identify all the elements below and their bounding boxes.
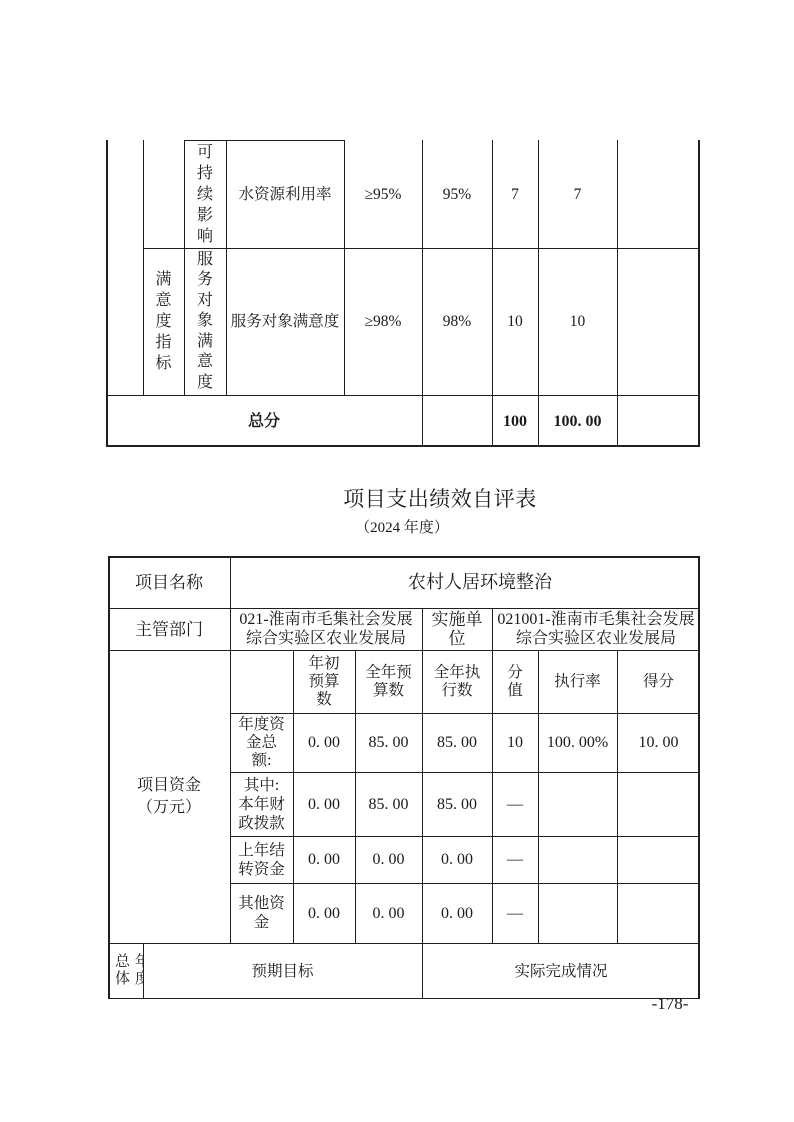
- header-points: 分 值: [492, 650, 538, 713]
- actual-value-cell: 98%: [422, 248, 492, 395]
- fund-initial: 0. 00: [293, 772, 355, 836]
- target-value-cell: ≥98%: [344, 248, 422, 395]
- fund-points: —: [492, 772, 538, 836]
- fund-initial: 0. 00: [293, 713, 355, 772]
- level2-indicator-label: 可持续影响: [197, 142, 214, 247]
- header-score: 得分: [617, 650, 700, 713]
- fund-row-label: 其他资 金: [230, 883, 293, 943]
- fund-executed: 0. 00: [422, 883, 492, 943]
- actual-value-cell: 95%: [422, 140, 492, 248]
- indicator-name-cell: 服务对象满意度: [226, 248, 344, 395]
- fund-budget: 85. 00: [355, 772, 422, 836]
- level2-indicator-label: 服务对象满意度: [197, 250, 214, 394]
- points-cell: 10: [492, 248, 538, 395]
- points-cell: 7: [492, 140, 538, 248]
- fund-points: —: [492, 836, 538, 883]
- unit-label: 实施单 位: [422, 608, 492, 650]
- fund-budget: 85. 00: [355, 713, 422, 772]
- fund-executed: 85. 00: [422, 772, 492, 836]
- fund-executed: 85. 00: [422, 713, 492, 772]
- fund-executed: 0. 00: [422, 836, 492, 883]
- header-initial-budget: 年初 预算 数: [293, 650, 355, 713]
- fund-score: 10. 00: [617, 713, 700, 772]
- expected-objective-header: 预期目标: [143, 943, 422, 999]
- fund-row-label: 年度资 金总 额:: [230, 713, 293, 772]
- grid-line: [617, 140, 618, 447]
- total-points-cell: 100: [492, 395, 538, 447]
- page-number: -178-: [638, 993, 702, 1015]
- overall-objective-label: 总体 年度: [108, 943, 143, 999]
- funds-label: 项目资金 （万元）: [108, 650, 230, 943]
- total-score-cell: 100. 00: [538, 395, 617, 447]
- fund-row-label: 上年结 转资金: [230, 836, 293, 883]
- project-name-value: 农村人居环境整治: [230, 556, 700, 608]
- fund-points: 10: [492, 713, 538, 772]
- dept-label: 主管部门: [108, 608, 230, 650]
- fund-budget: 0. 00: [355, 883, 422, 943]
- level2-indicator-cell: 可持续影响: [184, 140, 226, 248]
- fund-initial: 0. 00: [293, 883, 355, 943]
- header-annual-budget: 全年预 算数: [355, 650, 422, 713]
- header-executed: 全年执 行数: [422, 650, 492, 713]
- total-label-cell: 总分: [106, 395, 422, 447]
- dept-value: 021-淮南市毛集社会发展 综合实验区农业发展局: [230, 608, 422, 650]
- score-table: 可持续影响 水资源利用率 ≥95% 95% 7 7 满意度指标 服务对象满意度 …: [106, 140, 700, 447]
- overall-label-col2: 年度: [135, 954, 143, 988]
- indicator-name-cell: 水资源利用率: [226, 140, 344, 248]
- header-exec-rate: 执行率: [538, 650, 617, 713]
- fund-rate: 100. 00%: [538, 713, 617, 772]
- level1-indicator-label: 满意度指标: [155, 269, 172, 374]
- document-title: 项目支出绩效自评表: [340, 486, 540, 512]
- level1-indicator-cell: 满意度指标: [143, 248, 184, 395]
- overall-label-col1: 总体: [115, 954, 130, 988]
- fund-points: —: [492, 883, 538, 943]
- fund-budget: 0. 00: [355, 836, 422, 883]
- target-value-cell: ≥95%: [344, 140, 422, 248]
- project-name-label: 项目名称: [108, 556, 230, 608]
- score-cell: 7: [538, 140, 617, 248]
- fund-row-label: 其中: 本年财 政拨款: [230, 772, 293, 836]
- fund-initial: 0. 00: [293, 836, 355, 883]
- unit-value: 021001-淮南市毛集社会发展 综合实验区农业发展局: [492, 608, 700, 650]
- score-cell: 10: [538, 248, 617, 395]
- actual-completion-header: 实际完成情况: [422, 943, 700, 999]
- level2-indicator-cell: 服务对象满意度: [184, 248, 226, 395]
- document-page: 可持续影响 水资源利用率 ≥95% 95% 7 7 满意度指标 服务对象满意度 …: [0, 0, 794, 1122]
- self-eval-table: 项目名称 农村人居环境整治 主管部门 021-淮南市毛集社会发展 综合实验区农业…: [108, 556, 700, 999]
- grid-line: [698, 140, 700, 447]
- document-subtitle: （2024 年度）: [340, 518, 464, 538]
